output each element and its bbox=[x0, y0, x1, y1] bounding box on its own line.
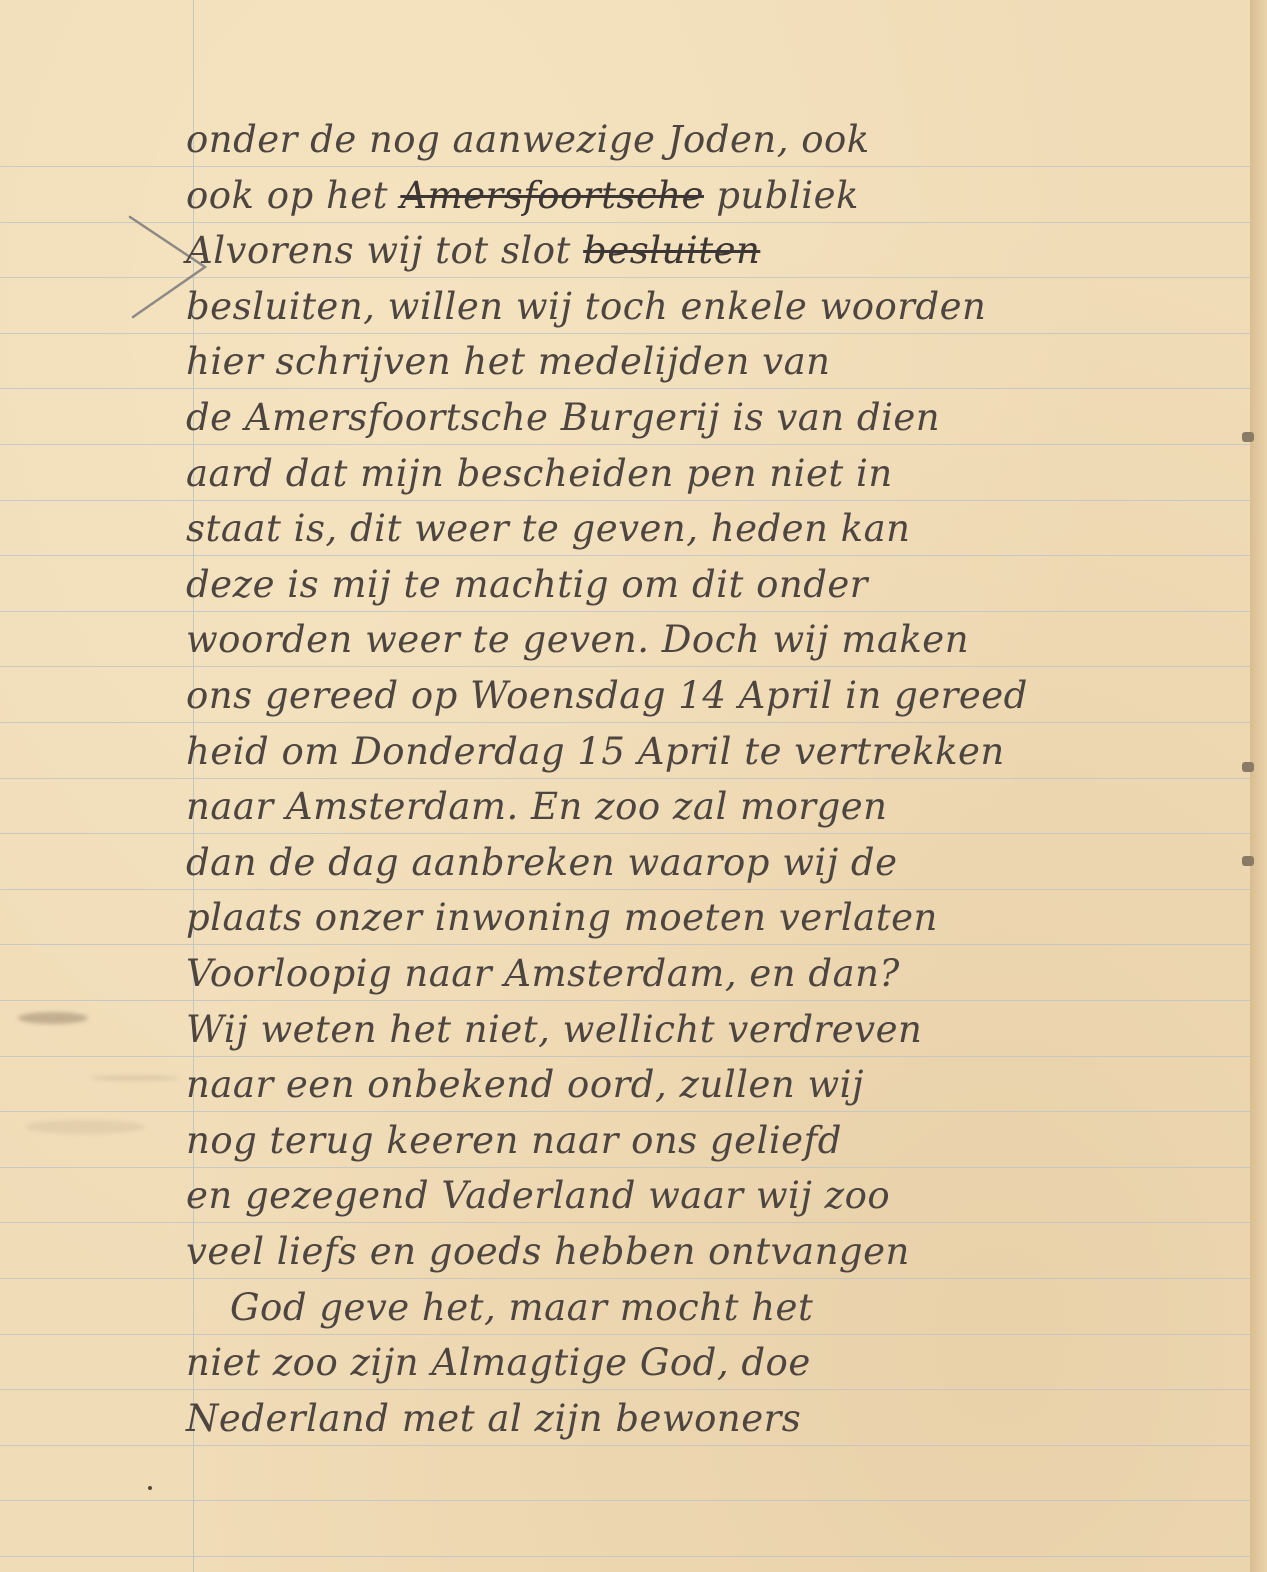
line-text: dan de dag aanbreken waarop wij de bbox=[186, 841, 898, 884]
text-line: en gezegend Vaderland waar wij zoo bbox=[186, 1174, 890, 1217]
line-text: hier schrijven het medelijden van bbox=[186, 340, 830, 383]
text-line: de Amersfoortsche Burgerij is van dien bbox=[186, 396, 940, 439]
text-line: Voorloopig naar Amsterdam, en dan? bbox=[186, 952, 900, 995]
text-line: God geve het, maar mocht het bbox=[230, 1286, 813, 1329]
line-text: niet zoo zijn Almagtige God, doe bbox=[186, 1341, 811, 1384]
text-line: hier schrijven het medelijden van bbox=[186, 340, 830, 383]
text-line: woorden weer te geven. Doch wij maken bbox=[186, 618, 969, 661]
line-text: naar Amsterdam. En zoo zal morgen bbox=[186, 785, 888, 828]
pencil-smudge bbox=[25, 1120, 145, 1134]
text-line: plaats onzer inwoning moeten verlaten bbox=[186, 896, 938, 939]
text-line: ook op het Amersfoortsche publiek bbox=[186, 174, 859, 217]
struck-word: besluiten bbox=[583, 229, 760, 272]
text-line: onder de nog aanwezige Joden, ook bbox=[186, 118, 870, 161]
pencil-smudge bbox=[18, 1012, 88, 1024]
line-text: plaats onzer inwoning moeten verlaten bbox=[186, 896, 938, 939]
line-text: Alvorens wij tot slot bbox=[186, 229, 571, 272]
line-text: aard dat mijn bescheiden pen niet in bbox=[186, 452, 893, 495]
line-text: staat is, dit weer te geven, heden kan bbox=[186, 507, 910, 550]
text-line: naar Amsterdam. En zoo zal morgen bbox=[186, 785, 888, 828]
text-line: ons gereed op Woensdag 14 April in geree… bbox=[186, 674, 1028, 717]
line-text: deze is mij te machtig om dit onder bbox=[186, 563, 868, 606]
text-line: Wij weten het niet, wellicht verdreven bbox=[186, 1008, 922, 1051]
line-text: God geve het, maar mocht het bbox=[230, 1286, 813, 1329]
text-line: heid om Donderdag 15 April te vertrekken bbox=[186, 730, 1005, 773]
text-line: staat is, dit weer te geven, heden kan bbox=[186, 507, 910, 550]
line-text-after: publiek bbox=[704, 174, 859, 217]
struck-word: Amersfoortsche bbox=[400, 174, 704, 217]
line-text: naar een onbekend oord, zullen wij bbox=[186, 1063, 864, 1106]
text-line: aard dat mijn bescheiden pen niet in bbox=[186, 452, 893, 495]
text-line: veel liefs en goeds hebben ontvangen bbox=[186, 1230, 910, 1273]
line-text: ons gereed op Woensdag 14 April in geree… bbox=[186, 674, 1028, 717]
text-line: naar een onbekend oord, zullen wij bbox=[186, 1063, 864, 1106]
line-text: besluiten, willen wij toch enkele woorde… bbox=[186, 285, 986, 328]
line-text: Voorloopig naar Amsterdam, en dan? bbox=[186, 952, 900, 995]
line-text: ook op het bbox=[186, 174, 388, 217]
line-text: en gezegend Vaderland waar wij zoo bbox=[186, 1174, 890, 1217]
line-text: onder de nog aanwezige Joden, ook bbox=[186, 118, 870, 161]
line-text: nog terug keeren naar ons geliefd bbox=[186, 1119, 842, 1162]
binding-staple bbox=[1242, 432, 1254, 442]
line-text: woorden weer te geven. Doch wij maken bbox=[186, 618, 969, 661]
page-edge bbox=[1250, 0, 1267, 1572]
binding-staple bbox=[1242, 856, 1254, 866]
text-line: Alvorens wij tot slot besluiten bbox=[186, 229, 760, 272]
line-text: de Amersfoortsche Burgerij is van dien bbox=[186, 396, 940, 439]
line-text: heid om Donderdag 15 April te vertrekken bbox=[186, 730, 1005, 773]
text-line: Nederland met al zijn bewoners bbox=[186, 1397, 801, 1440]
line-text: Wij weten het niet, wellicht verdreven bbox=[186, 1008, 922, 1051]
notebook-page: onder de nog aanwezige Joden, ookook op … bbox=[0, 0, 1250, 1572]
text-line: besluiten, willen wij toch enkele woorde… bbox=[186, 285, 986, 328]
line-text: veel liefs en goeds hebben ontvangen bbox=[186, 1230, 910, 1273]
text-line: deze is mij te machtig om dit onder bbox=[186, 563, 868, 606]
text-line: niet zoo zijn Almagtige God, doe bbox=[186, 1341, 811, 1384]
line-text: Nederland met al zijn bewoners bbox=[186, 1397, 801, 1440]
ink-dot bbox=[148, 1486, 152, 1490]
binding-staple bbox=[1242, 762, 1254, 772]
text-line: nog terug keeren naar ons geliefd bbox=[186, 1119, 842, 1162]
text-line: dan de dag aanbreken waarop wij de bbox=[186, 841, 898, 884]
pencil-smudge bbox=[90, 1075, 180, 1081]
